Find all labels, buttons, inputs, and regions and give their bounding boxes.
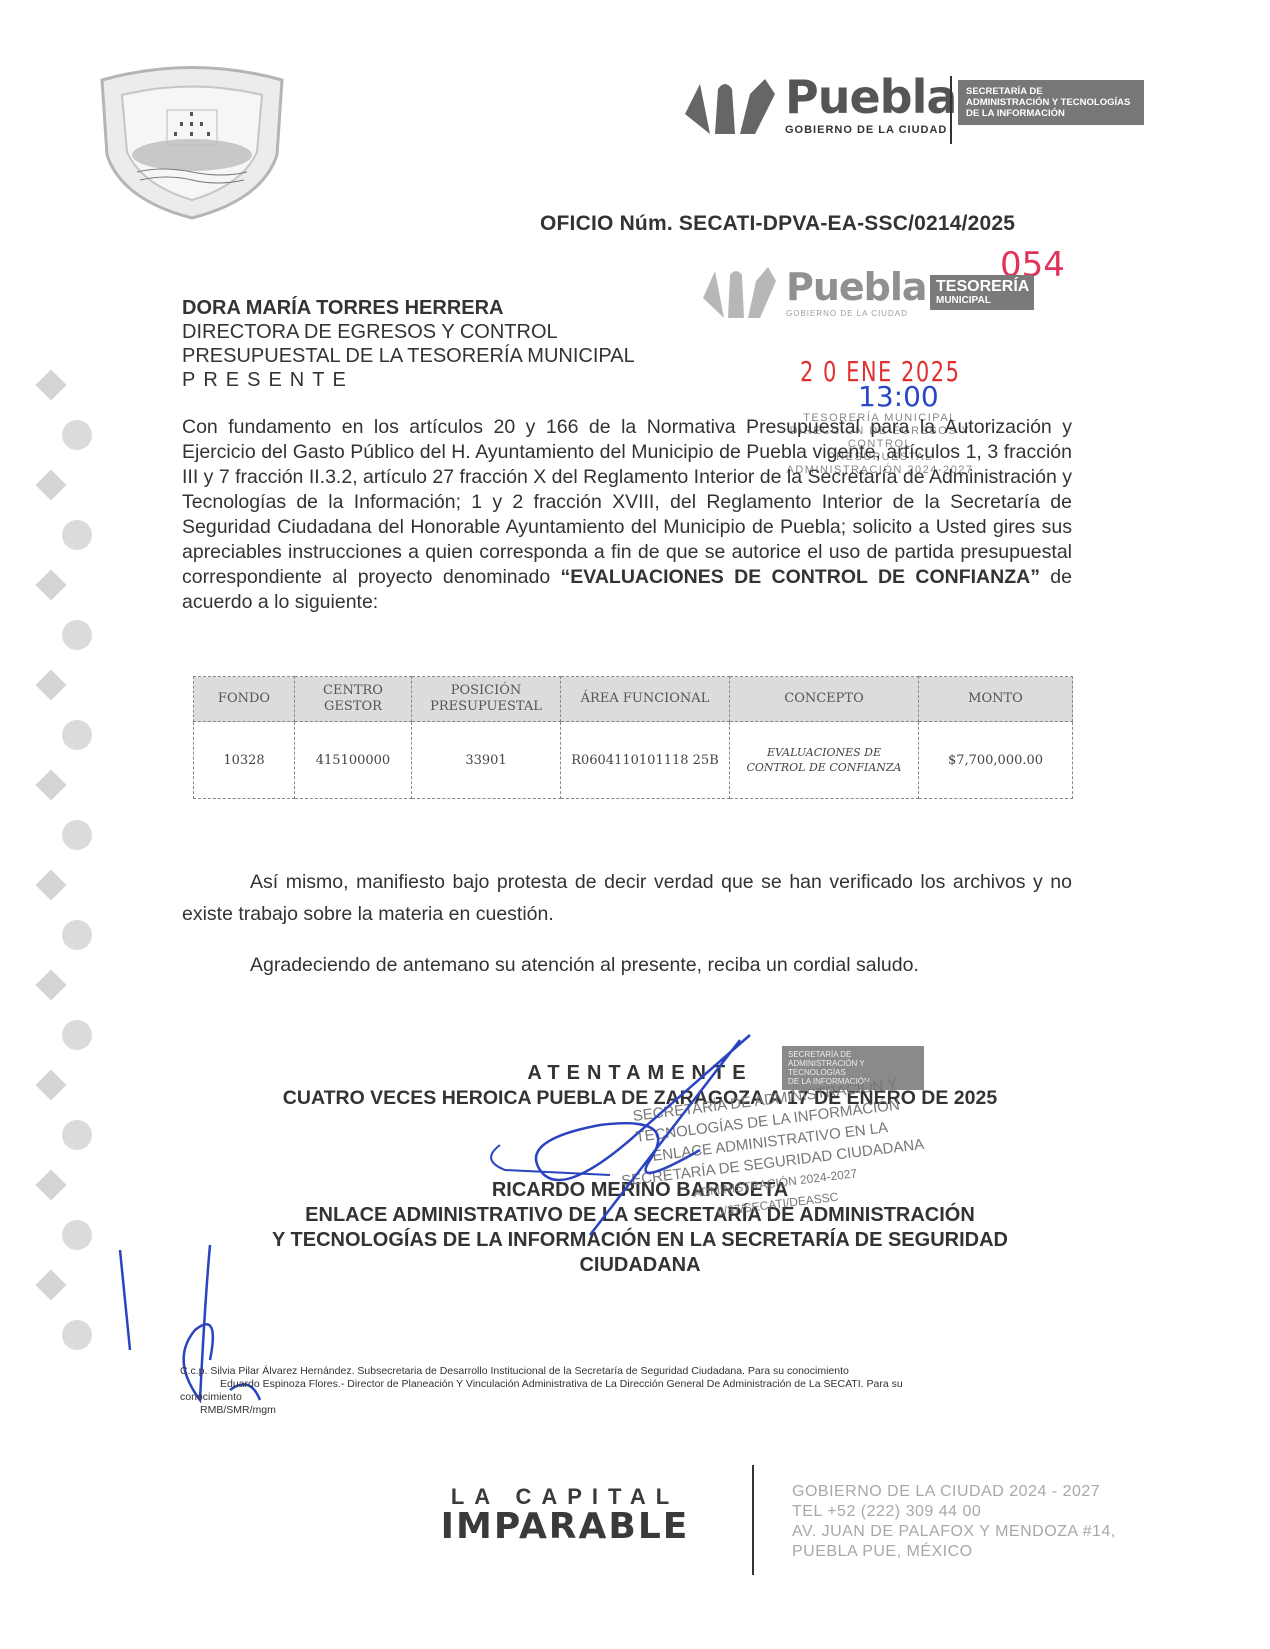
brand-name: Puebla xyxy=(785,70,956,124)
oficio-number: OFICIO Núm. SECATI-DPVA-EA-SSC/0214/2025 xyxy=(540,212,1015,236)
flower-ornament-icon xyxy=(62,1020,92,1050)
stamp-brand-subtitle: GOBIERNO DE LA CIUDAD xyxy=(786,309,927,318)
recipient-title-line1: DIRECTORA DE EGRESOS Y CONTROL xyxy=(182,320,635,344)
diamond-ornament-icon xyxy=(35,869,66,900)
diamond-ornament-icon xyxy=(35,1169,66,1200)
recipient-name: DORA MARÍA TORRES HERRERA xyxy=(182,296,635,320)
small-stamp-line1: SECRETARÍA DE xyxy=(788,1050,918,1059)
ccp-initials: RMB/SMR/mgm xyxy=(180,1404,1070,1417)
footer-contact-info: GOBIERNO DE LA CIUDAD 2024 - 2027 TEL +5… xyxy=(792,1482,1116,1562)
diamond-ornament-icon xyxy=(35,669,66,700)
copies-list: C.c.p. Silvia Pilar Álvarez Hernández. S… xyxy=(180,1365,1070,1417)
presente: PRESENTE xyxy=(182,368,635,392)
tesoreria-line1: TESORERÍA xyxy=(936,279,1028,295)
secretaria-line1: SECRETARÍA DE xyxy=(966,86,1136,97)
header-posicion-presupuestal: POSICIÓN PRESUPUESTAL xyxy=(412,677,561,722)
secretaria-label: SECRETARÍA DE ADMINISTRACIÓN Y TECNOLOGÍ… xyxy=(958,80,1144,125)
ccp-line1: C.c.p. Silvia Pilar Álvarez Hernández. S… xyxy=(180,1365,1070,1378)
stamp-brand: Puebla xyxy=(786,265,927,309)
recipient-title-line2: PRESUPUESTAL DE LA TESORERÍA MUNICIPAL xyxy=(182,344,635,368)
cell-fondo: 10328 xyxy=(194,722,295,799)
diamond-ornament-icon xyxy=(35,969,66,1000)
diamond-ornament-icon xyxy=(35,1269,66,1300)
flower-ornament-icon xyxy=(62,420,92,450)
decorative-border xyxy=(28,360,98,1640)
footer-divider xyxy=(752,1465,754,1575)
body-paragraph-1: Con fundamento en los artículos 20 y 166… xyxy=(182,415,1072,615)
flower-ornament-icon xyxy=(62,520,92,550)
paragraph2-text: Así mismo, manifiesto bajo protesta de d… xyxy=(182,871,1072,925)
body-paragraph-2: Así mismo, manifiesto bajo protesta de d… xyxy=(182,866,1072,930)
reception-time-handwritten: 13:00 xyxy=(858,380,939,413)
recipient-block: DORA MARÍA TORRES HERRERA DIRECTORA DE E… xyxy=(182,296,635,392)
puebla-emblem-icon xyxy=(700,263,780,323)
header-monto: MONTO xyxy=(919,677,1073,722)
flower-ornament-icon xyxy=(62,820,92,850)
body-paragraph-3: Agradeciendo de antemano su atención al … xyxy=(250,954,919,977)
cell-area-funcional: R0604110101118 25B xyxy=(561,722,730,799)
cell-posicion: 33901 xyxy=(412,722,561,799)
municipal-shield-logo xyxy=(92,60,292,220)
footer-city: PUEBLA PUE, MÉXICO xyxy=(792,1542,1116,1562)
flower-ornament-icon xyxy=(62,920,92,950)
diamond-ornament-icon xyxy=(35,1069,66,1100)
footer-phone: TEL +52 (222) 309 44 00 xyxy=(792,1502,1116,1522)
cell-centro-gestor: 415100000 xyxy=(295,722,412,799)
flower-ornament-icon xyxy=(62,1320,92,1350)
header-fondo: FONDO xyxy=(194,677,295,722)
puebla-secati-logo: Puebla GOBIERNO DE LA CIUDAD SECRETARÍA … xyxy=(680,70,1150,150)
project-name: “EVALUACIONES DE CONTROL DE CONFIANZA” xyxy=(561,566,1040,588)
cell-concepto: EVALUACIONES DE CONTROL DE CONFIANZA xyxy=(730,722,919,799)
logo-divider xyxy=(950,76,952,144)
secretaria-line3: DE LA INFORMACIÓN xyxy=(966,108,1136,119)
flower-ornament-icon xyxy=(62,1220,92,1250)
header-centro-gestor: CENTRO GESTOR xyxy=(295,677,412,722)
tesoreria-line2: MUNICIPAL xyxy=(936,295,1028,306)
signature-scribble xyxy=(480,1030,780,1240)
footer-line1: GOBIERNO DE LA CIUDAD 2024 - 2027 xyxy=(792,1482,1116,1502)
diamond-ornament-icon xyxy=(35,569,66,600)
signer-title-line3: CIUDADANA xyxy=(190,1253,1090,1278)
table-row: 10328 415100000 33901 R0604110101118 25B… xyxy=(194,722,1073,799)
budget-table: FONDO CENTRO GESTOR POSICIÓN PRESUPUESTA… xyxy=(193,676,1073,799)
footer-address: AV. JUAN DE PALAFOX Y MENDOZA #14, xyxy=(792,1522,1116,1542)
diamond-ornament-icon xyxy=(35,469,66,500)
diamond-ornament-icon xyxy=(35,769,66,800)
tesoreria-stamp-logo: Puebla GOBIERNO DE LA CIUDAD TESORERÍA M… xyxy=(700,263,1040,333)
header-area-funcional: ÁREA FUNCIONAL xyxy=(561,677,730,722)
flower-ornament-icon xyxy=(62,620,92,650)
flower-ornament-icon xyxy=(62,720,92,750)
diamond-ornament-icon xyxy=(35,369,66,400)
cell-monto: $7,700,000.00 xyxy=(919,722,1073,799)
paragraph1-text: Con fundamento en los artículos 20 y 166… xyxy=(182,416,1072,588)
brand-subtitle: GOBIERNO DE LA CIUDAD xyxy=(785,124,956,136)
flower-ornament-icon xyxy=(62,1120,92,1150)
slogan-line2: IMPARABLE xyxy=(415,1510,715,1544)
tesoreria-label: TESORERÍA MUNICIPAL xyxy=(930,275,1034,310)
capital-imparable-logo: LA CAPITAL IMPARABLE xyxy=(415,1484,715,1544)
table-header-row: FONDO CENTRO GESTOR POSICIÓN PRESUPUESTA… xyxy=(194,677,1073,722)
puebla-emblem-icon xyxy=(680,74,780,144)
secretaria-line2: ADMINISTRACIÓN Y TECNOLOGÍAS xyxy=(966,97,1136,108)
ccp-line3: conocimiento xyxy=(180,1391,1070,1404)
header-concepto: CONCEPTO xyxy=(730,677,919,722)
ccp-line2: Eduardo Espinoza Flores.- Director de Pl… xyxy=(180,1378,1070,1391)
